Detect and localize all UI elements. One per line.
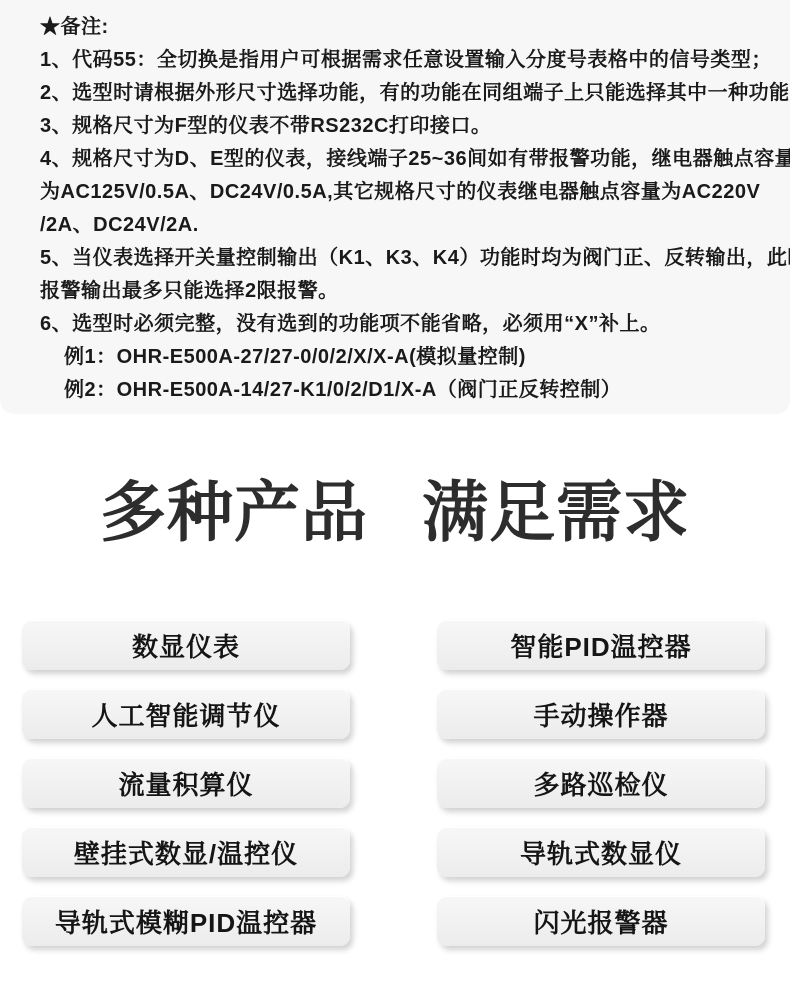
product-button-right-3[interactable]: 多路巡检仪: [437, 758, 765, 808]
note-line-3: 3、规格尺寸为F型的仪表不带RS232C打印接口。: [40, 110, 764, 143]
note-line-10: 例1：OHR-E500A-27/27-0/0/2/X/X-A(模拟量控制): [40, 341, 764, 374]
product-button-right-1[interactable]: 智能PID温控器: [437, 620, 765, 670]
product-button-right-2[interactable]: 手动操作器: [437, 689, 765, 739]
product-column-right: 智能PID温控器手动操作器多路巡检仪导轨式数显仪闪光报警器: [437, 620, 765, 946]
notes-section: ★备注: 1、代码55：全切换是指用户可根据需求任意设置输入分度号表格中的信号类…: [0, 0, 790, 414]
hero-title: 多种产品 满足需求: [0, 476, 790, 549]
product-button-right-4[interactable]: 导轨式数显仪: [437, 827, 765, 877]
product-button-left-1[interactable]: 数显仪表: [22, 620, 350, 670]
note-line-5: 为AC125V/0.5A、DC24V/0.5A,其它规格尺寸的仪表继电器触点容量…: [40, 176, 764, 209]
product-button-right-5[interactable]: 闪光报警器: [437, 896, 765, 946]
page: ★备注: 1、代码55：全切换是指用户可根据需求任意设置输入分度号表格中的信号类…: [0, 0, 790, 991]
hero-title-part1: 多种产品: [100, 476, 368, 549]
note-line-9: 6、选型时必须完整，没有选到的功能项不能省略，必须用“X”补上。: [40, 308, 764, 341]
notes-list: 1、代码55：全切换是指用户可根据需求任意设置输入分度号表格中的信号类型；2、选…: [40, 44, 764, 407]
note-line-6: /2A、DC24V/2A.: [40, 209, 764, 242]
note-line-1: 1、代码55：全切换是指用户可根据需求任意设置输入分度号表格中的信号类型；: [40, 44, 764, 77]
note-line-4: 4、规格尺寸为D、E型的仪表，接线端子25~36间如有带报警功能，继电器触点容量: [40, 143, 764, 176]
product-button-left-2[interactable]: 人工智能调节仪: [22, 689, 350, 739]
note-line-8: 报警输出最多只能选择2限报警。: [40, 275, 764, 308]
note-line-7: 5、当仪表选择开关量控制输出（K1、K3、K4）功能时均为阀门正、反转输出，此时: [40, 242, 764, 275]
notes-title: ★备注:: [40, 11, 764, 44]
product-column-left: 数显仪表人工智能调节仪流量积算仪壁挂式数显/温控仪导轨式模糊PID温控器: [22, 620, 350, 946]
product-button-left-3[interactable]: 流量积算仪: [22, 758, 350, 808]
note-line-11: 例2：OHR-E500A-14/27-K1/0/2/D1/X-A（阀门正反转控制…: [40, 374, 764, 407]
product-button-left-4[interactable]: 壁挂式数显/温控仪: [22, 827, 350, 877]
product-button-left-5[interactable]: 导轨式模糊PID温控器: [22, 896, 350, 946]
note-line-2: 2、选型时请根据外形尺寸选择功能，有的功能在同组端子上只能选择其中一种功能。: [40, 77, 764, 110]
hero-title-part2: 满足需求: [422, 476, 690, 549]
